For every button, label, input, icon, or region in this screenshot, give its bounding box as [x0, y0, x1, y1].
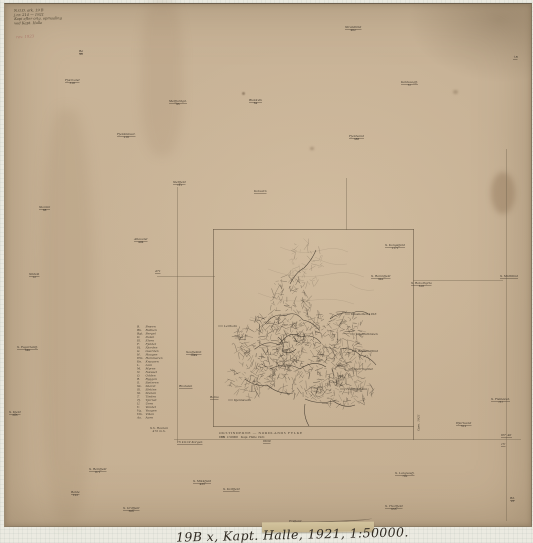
legend-footnote: S.h. Ravnen 472 m.h.: [150, 427, 168, 433]
marker-name: 15′: [501, 443, 506, 447]
marker-elevation: 96: [79, 54, 83, 57]
marker-elevation: 1049: [186, 355, 201, 358]
marker-elevation: 702: [395, 476, 415, 479]
marker-name: Bolna: [210, 396, 219, 400]
map-marker: 15 km til Korgen: [177, 441, 203, 445]
graticule-vertical-east: [506, 149, 507, 521]
marker-elevation: 305: [9, 415, 21, 418]
map-marker: Saufjeldet 1049: [186, 351, 201, 357]
handwritten-sheet-title: 19B x, Kapt. Halle, 1921, 1:50000.: [176, 524, 409, 543]
map-marker: S. Midtitind: [500, 275, 518, 279]
map-marker: S. Mikkfjeld 433: [193, 480, 211, 486]
marker-name: Kobvatn: [254, 190, 267, 194]
legend-footnote-value: 472 m.h.: [152, 430, 165, 434]
map-caption: OKSTINDERNE — NORDLANDS FYLKE 19B 1:5000…: [219, 431, 325, 439]
marker-elevation: 122: [71, 495, 80, 498]
marker-elevation: 57: [401, 85, 418, 88]
map-marker: S. Langvasfj. 702: [395, 472, 415, 478]
marker-elevation: 640: [17, 350, 38, 353]
svg-text:Bessedørtind: Bessedørtind: [357, 349, 378, 353]
marker-name: 471: [155, 270, 161, 274]
graticule-vertical-mid: [346, 178, 347, 230]
stain-speck-3: [453, 90, 458, 94]
caption-scale-line: 19B 1:50000 Kapt. Halle 1921: [219, 435, 325, 439]
map-marker: S. Thorfjeld 655: [385, 505, 403, 511]
svg-text:Kjennsvatn: Kjennsvatn: [233, 398, 251, 402]
marker-elevation: 512: [456, 426, 471, 429]
stain-streak-top: [141, 0, 183, 156]
stain-speck-2: [310, 147, 314, 150]
map-marker: Rivdalen: [179, 385, 192, 389]
map-marker: Bolna: [210, 396, 219, 400]
map-marker: Sildvik 12: [29, 273, 39, 279]
map-marker: Sletfjeld 731: [173, 181, 186, 187]
svg-text:Tvillingtindan: Tvillingtindan: [346, 387, 367, 391]
map-marker: S. Ramnfjeld 942: [371, 275, 390, 281]
marker-elevation: 12: [29, 277, 39, 280]
marker-name: S. Midtitind: [500, 275, 518, 279]
marker-elevation: 402: [345, 30, 361, 33]
marker-elevation: 942: [371, 279, 390, 282]
map-marker: ↑B: [513, 56, 518, 60]
legend-abbr: Aa.: [137, 416, 146, 420]
marker-elevation: 210: [117, 137, 135, 140]
map-marker: Balde 122: [71, 491, 80, 497]
graticule-horizontal-south: [174, 439, 521, 440]
marker-elevation: 318: [65, 83, 80, 86]
map-marker: S. Kongsfjeld 1171: [385, 244, 405, 250]
marker-elevation: 388: [349, 139, 364, 142]
marker-elevation: 871: [89, 472, 106, 475]
marker-elevation: 1171: [385, 248, 405, 251]
marker-elevation: 655: [385, 509, 403, 512]
scanned-map-page: { "document": { "kind": "scanned histori…: [0, 0, 533, 543]
archive-notes: N.G.O. ark. 19 Bj.nr. 214 — 1921Kopi eft…: [14, 8, 62, 25]
map-marker: Blakkvik 64: [249, 99, 262, 105]
svg-text:Leirbotn: Leirbotn: [223, 324, 237, 328]
map-marker: 65° 40′: [501, 434, 512, 438]
map-marker: Kobvatn: [254, 190, 267, 194]
frame-edge-note: Opm. 1921: [417, 414, 421, 431]
abbreviation-legend: B. Bræen Bk. Bakken Bgt. Berget D. Dalen…: [137, 325, 177, 420]
caption-scale: 1:50000: [227, 435, 238, 439]
map-marker: S. Kjeld 305: [9, 411, 21, 417]
terrain-drawing: Oksskolten 1916OkstindbræenBessedørtindK…: [210, 229, 425, 434]
stain-speck-1: [242, 92, 245, 95]
map-marker: Kaldvaagfj. 57: [401, 81, 418, 87]
map-marker: S. Reinfjeld 871: [89, 468, 106, 474]
map-marker: Altevand 404: [134, 238, 147, 244]
marker-elevation: 618: [411, 286, 432, 289]
map-marker: Fjelddalsvd. 210: [117, 133, 135, 139]
marker-elevation: 95: [169, 104, 187, 107]
graticule-vertical-west: [177, 187, 178, 442]
marker-elevation: 88: [39, 210, 50, 213]
marker-name: Rivdalen: [179, 385, 192, 389]
map-marker: Bd. 25: [510, 497, 515, 503]
marker-elevation: 433: [193, 484, 211, 487]
map-sheet: Oksskolten 1916OkstindbræenBessedørtindK…: [4, 3, 532, 527]
svg-text:Oksskolten 1916: Oksskolten 1916: [351, 312, 377, 316]
stain-streak-left: [41, 109, 93, 524]
map-marker: 15′: [501, 443, 506, 447]
map-marker: S. Urdfjeld 566: [123, 507, 139, 513]
map-marker: Fjeldvand 388: [349, 135, 364, 141]
marker-name: 65° 40′: [501, 434, 512, 438]
marker-elevation: 404: [134, 242, 147, 245]
svg-text:Okstindbræen: Okstindbræen: [356, 332, 378, 336]
map-marker: 6630: [263, 440, 271, 444]
map-marker: S. Rabothytta 618: [411, 282, 432, 288]
marker-elevation: 64: [249, 103, 262, 106]
caption-credit: Kapt. Halle 1921: [241, 435, 265, 439]
legend-meaning: Aaen: [146, 416, 177, 420]
map-marker: S. Kvitfjeld: [223, 488, 240, 492]
marker-name: S. Kvitfjeld: [223, 488, 240, 492]
map-marker: Stordal 88: [39, 206, 50, 212]
marker-elevation: 731: [173, 185, 186, 188]
map-marker: Hjertvand 512: [456, 422, 471, 428]
caption-sheet-id: 19B: [219, 435, 225, 439]
marker-elevation: 737: [491, 402, 510, 405]
marker-name: ↑B: [513, 56, 518, 60]
map-marker: S. Fiskløsvd. 737: [491, 398, 510, 404]
marker-elevation: 566: [123, 511, 139, 514]
map-marker: Melfjordgd. 95: [169, 100, 187, 106]
legend-row: Aa. Aaen: [137, 416, 177, 420]
archive-note-red: rev. 1923: [16, 34, 34, 39]
map-marker: 471: [155, 270, 161, 274]
marker-name: 6630: [263, 440, 271, 444]
map-marker: S. Fagerbakfj. 640: [17, 346, 38, 352]
marker-name: 15 km til Korgen: [177, 441, 203, 445]
graticule-horizontal-west-short: [157, 276, 215, 277]
map-marker: Strandtind 402: [345, 26, 361, 32]
map-marker: Bø 96: [79, 50, 83, 56]
marker-elevation: 25: [510, 501, 515, 504]
map-marker: Fjærvand 318: [65, 79, 80, 85]
svg-text:Kjerringtind: Kjerringtind: [353, 367, 373, 371]
stain-blotch-right: [491, 172, 515, 214]
